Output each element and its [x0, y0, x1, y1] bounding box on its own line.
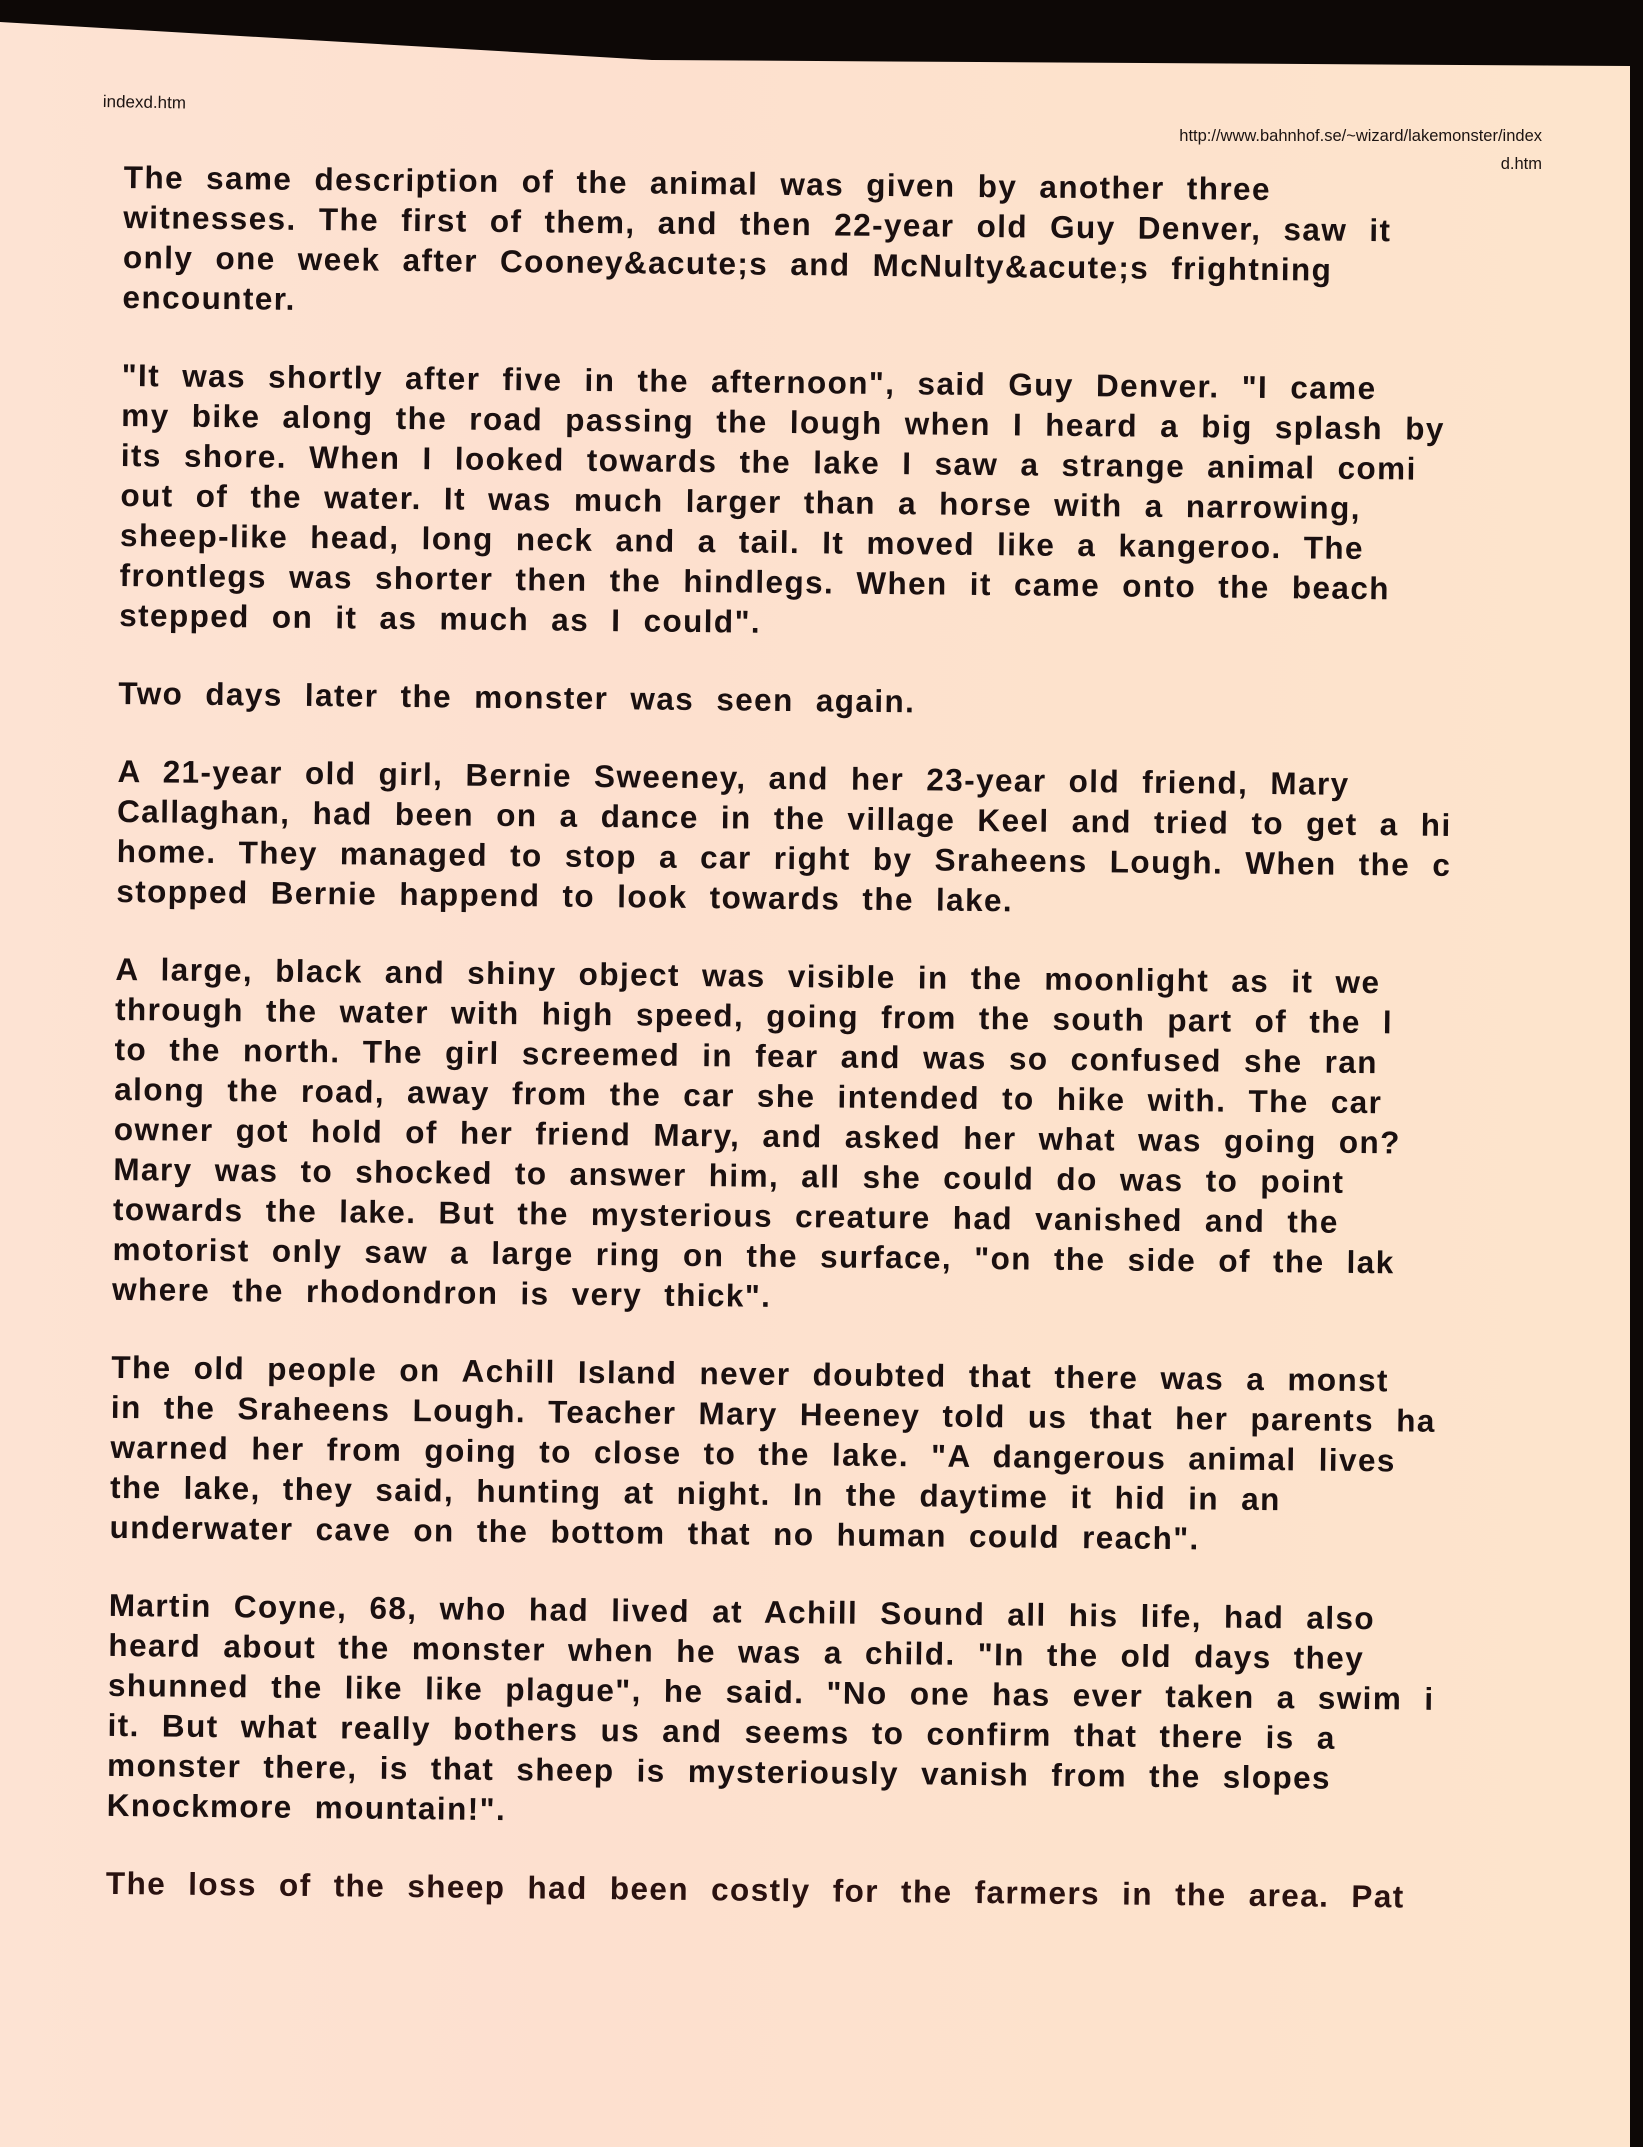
print-header-filename: indexd.htm — [103, 92, 187, 113]
article-body: The same description of the animal was g… — [105, 157, 1544, 1956]
printed-page: indexd.htm http://www.bahnhof.se/~wizard… — [0, 22, 1630, 2147]
article-paragraph: The old people on Achill Island never do… — [109, 1347, 1531, 1562]
article-paragraph: A large, black and shiny object was visi… — [112, 949, 1536, 1324]
article-paragraph: The loss of the sheep had been costly fo… — [106, 1863, 1526, 1918]
article-paragraph: A 21-year old girl, Bernie Sweeney, and … — [116, 751, 1538, 926]
article-paragraph: The same description of the animal was g… — [122, 157, 1544, 332]
print-header-url-line1: http://www.bahnhof.se/~wizard/lakemonste… — [1022, 122, 1542, 150]
paragraph-line: Two days later the monster was seen agai… — [118, 673, 1538, 728]
article-paragraph: Martin Coyne, 68, who had lived at Achil… — [107, 1585, 1529, 1840]
paragraph-line: The loss of the sheep had been costly fo… — [106, 1863, 1526, 1918]
article-paragraph: "It was shortly after five in the aftern… — [119, 355, 1542, 650]
page-edge-shadow — [1630, 0, 1643, 2147]
article-paragraph: Two days later the monster was seen agai… — [118, 673, 1538, 728]
